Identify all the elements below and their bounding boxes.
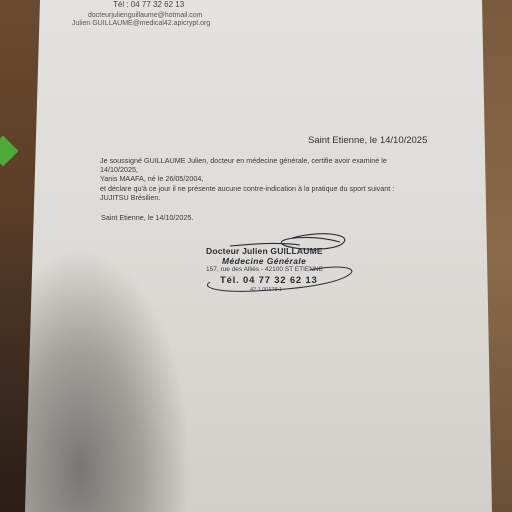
certificate-line: Je soussigné GUILLAUME Julien, docteur e… [100, 156, 430, 165]
letterhead-email-secure: Julien GUILLAUME@medical42.apicrypt.org [72, 20, 210, 27]
certificate-line: Yanis MAAFA, né le 26/05/2004, [100, 174, 430, 183]
stamp-address: 157, rue des Alliés - 42100 ST ETIENNE [206, 266, 323, 273]
place-date: Saint Etienne, le 14/10/2025 [308, 135, 427, 146]
letterhead-phone: Tél : 04 77 32 62 13 [113, 0, 184, 9]
stamp-specialty: Médecine Générale [222, 256, 306, 266]
stamp-registration: 42 1 00178 1 [250, 287, 282, 293]
stamp-phone: Tél. 04 77 32 62 13 [220, 275, 318, 286]
letterhead-email-personal: docteurjulienguillaume@hotmail.com [88, 12, 203, 19]
doctor-stamp: Docteur Julien GUILLAUME Médecine Généra… [200, 238, 370, 298]
certificate-line: et déclare qu'à ce jour il ne présente a… [100, 184, 430, 193]
certificate-body: Je soussigné GUILLAUME Julien, docteur e… [100, 156, 430, 202]
green-object [0, 135, 19, 166]
stamp-doctor-name: Docteur Julien GUILLAUME [206, 246, 323, 256]
signature-place-date: Saint Etienne, le 14/10/2025. [101, 213, 193, 222]
certificate-line: 14/10/2025, [100, 165, 430, 174]
certificate-line: JUJITSU Brésilien. [100, 193, 430, 202]
